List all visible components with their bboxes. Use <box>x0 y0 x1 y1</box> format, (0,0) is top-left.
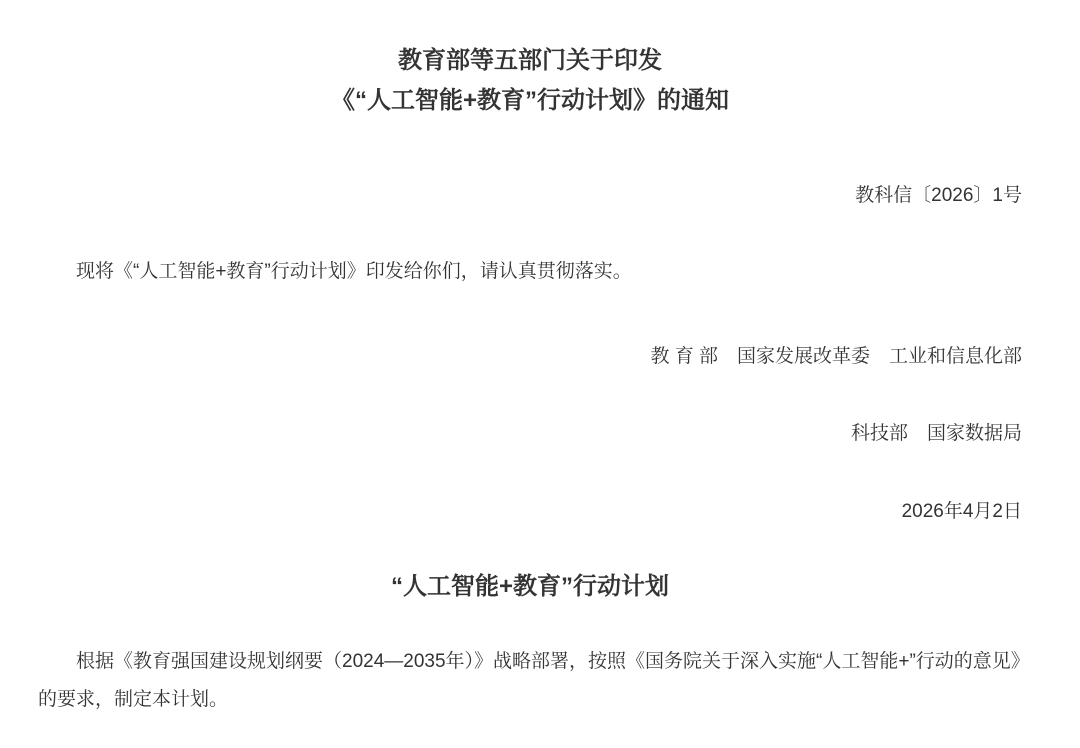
signatory-line-1: 教 育 部 国家发展改革委 工业和信息化部 <box>38 338 1022 376</box>
document-number: 教科信〔2026〕1号 <box>38 177 1022 215</box>
document-page: 教育部等五部门关于印发 《“人工智能+教育”行动计划》的通知 教科信〔2026〕… <box>0 0 1080 748</box>
document-title-line1: 教育部等五部门关于印发 <box>38 41 1022 81</box>
document-title: 教育部等五部门关于印发 《“人工智能+教育”行动计划》的通知 <box>38 41 1022 121</box>
document-title-line2: 《“人工智能+教育”行动计划》的通知 <box>38 81 1022 121</box>
document-date: 2026年4月2日 <box>38 493 1022 531</box>
basis-paragraph: 根据《教育强国建设规划纲要（2024—2035年）》战略部署，按照《国务院关于深… <box>38 643 1022 719</box>
forwarding-paragraph: 现将《“人工智能+教育”行动计划》印发给你们，请认真贯彻落实。 <box>38 253 1022 291</box>
plan-title: “人工智能+教育”行动计划 <box>38 568 1022 606</box>
signatory-line-2: 科技部 国家数据局 <box>38 415 1022 453</box>
